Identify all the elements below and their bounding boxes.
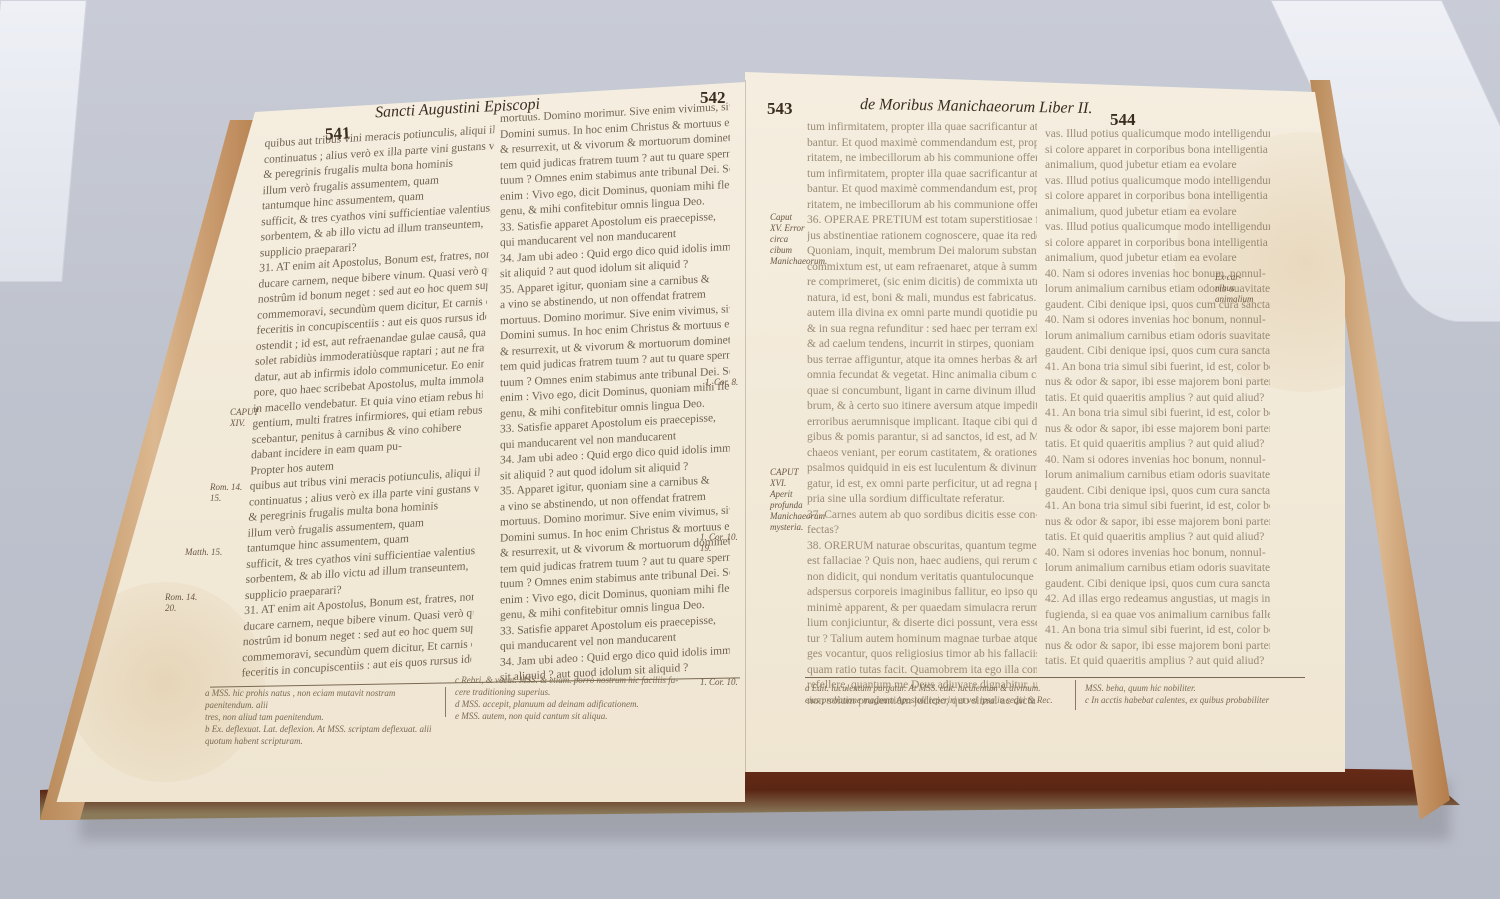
text-line: 40. Nam si odores invenias hoc bonum, no… [1045,313,1270,329]
text-line: tatis. Et quid quaeritis amplius ? aut q… [1045,654,1270,670]
footnote: e MSS. autem, non quid cantum sit aliqua… [455,710,735,722]
text-line: gaudent. Cibi denique ipsi, quos cum cur… [1045,344,1270,360]
text-line: non didicit, qui nondum veritatis quantu… [807,570,1037,586]
text-line: lium conjiciuntur, & diserte dici possun… [807,616,1037,632]
text-line: si colore apparet in corporibus bona int… [1045,143,1270,159]
footnotes-left: a MSS. hic prohis natus , non eciam muta… [205,687,445,747]
text-line: commixtum est, ut eam refraenaret, atque… [807,260,1037,276]
text-line: nus & odor & sapor, ibi esse majorem bon… [1045,639,1270,655]
text-line: 36. OPERAE PRETIUM est totam superstitio… [807,213,1037,229]
text-line: bantur. Et quod maximè commendandum est,… [807,136,1037,152]
text-line: tum infirmitatem, propter illa quae sacr… [807,120,1037,136]
text-line: gaudent. Cibi denique ipsi, quos cum cur… [1045,484,1270,500]
footnote: a Edit. luculentum purgatur. At MSS. edi… [805,682,1070,694]
margin-note: CAPUT XVI. Aperit profunda Manichaeorum … [770,467,805,533]
footnotes-left: a Edit. luculentum purgatur. At MSS. edi… [805,682,1070,706]
margin-note: Rom. 14. 15. [210,482,250,504]
text-line: nus & odor & sapor, ibi esse majorem bon… [1045,375,1270,391]
text-line: tur ? Talium autem hominum magnae turbae… [807,632,1037,648]
text-line: si colore apparet in corporibus bona int… [1045,189,1270,205]
text-column-a: tum infirmitatem, propter illa quae sacr… [807,120,1037,709]
text-line: bantur. Et quod maximè commendandum est,… [807,182,1037,198]
footnote-divider [445,687,446,717]
text-line: 41. An bona tria simul sibi fuerint, id … [1045,406,1270,422]
book-gutter [745,80,746,780]
text-line: 40. Nam si odores invenias hoc bonum, no… [1045,453,1270,469]
footnote-rule [805,677,1305,678]
text-line: gatur, id est, ex omni parte perficitur,… [807,477,1037,493]
footnote: d MSS. accepit, planuum ad deinam adific… [455,698,735,710]
footnote: c In acctis habebat calentes, ex quibus … [1085,694,1345,706]
page-number: 543 [767,99,793,119]
footnote: MSS. beha, quum hic nobiliter. [1085,682,1345,694]
right-page: de Moribus Manichaeorum Liber II. 543 54… [745,72,1345,792]
text-line: 40. Nam si odores invenias hoc bonum, no… [1045,546,1270,562]
text-line: re comprimeret, (sic enim dicitis) de co… [807,275,1037,291]
text-column-b: mortuus. Domino morimur. Sive enim vivim… [500,100,730,686]
text-line: lorum animalium carnibus etiam odoris su… [1045,468,1270,484]
text-line: vas. Illud potius qualicumque modo intel… [1045,127,1270,143]
text-line: brum, & à certo suo itinere aversum atqu… [807,399,1037,415]
text-line: autem illa divina ex omni parte mundi qu… [807,306,1037,322]
text-line: lorum animalium carnibus etiam odoris su… [1045,329,1270,345]
text-line: 41. An bona tria simul sibi fuerint, id … [1045,499,1270,515]
text-line: 42. Ad illas ergo redeamus angustias, ut… [1045,592,1270,608]
text-line: & ad caelum tendens, incurrit in stirpes… [807,337,1037,353]
text-line: tatis. Et quid quaeritis amplius ? aut q… [1045,530,1270,546]
margin-note: 1. Cor. 8. [705,377,745,388]
photo-scene: Sancti Augustini Episcopi 541 542 quibus… [0,0,1500,899]
text-line: vas. Illud potius qualicumque modo intel… [1045,220,1270,236]
text-line: gibus & pomis parantur, si ad sanctos, i… [807,430,1037,446]
display-cushion-left [0,0,87,282]
text-line: & in sua regna refunditur : sed haec per… [807,322,1037,338]
text-line: natura, id est, boni & mali, mundus est … [807,291,1037,307]
footnote: a MSS. hic prohis natus , non eciam muta… [205,687,445,711]
footnote: cere traditioning superius. [455,686,735,698]
text-line: omnia fecundat & vegetat. Hinc animalia … [807,368,1037,384]
text-line: tatis. Et quid quaeritis amplius ? aut q… [1045,391,1270,407]
text-line: animalium, quod jubetur etiam ea evolare [1045,251,1270,267]
text-line: tatis. Et quid quaeritis amplius ? aut q… [1045,437,1270,453]
text-line: fectas? [807,523,1037,539]
text-column-b: vas. Illud potius qualicumque modo intel… [1045,127,1270,670]
footnotes-right: MSS. beha, quum hic nobiliter. c In acct… [1085,682,1345,706]
text-line: 38. ORERUM naturae obscuritas, quantum t… [807,539,1037,555]
text-line: vas. Illud potius qualicumque modo intel… [1045,174,1270,190]
text-line: bus terrae affiguntur, atque ita omnes h… [807,353,1037,369]
footnote: eius probatione magnum Apostoli reperiri… [805,694,1070,706]
text-column-a: quibus aut tribus vini meracis potiuncul… [241,123,494,682]
margin-note: Ex car- nibus animalium [1215,272,1255,305]
text-line: chaeos veniant, per eorum castitatem, & … [807,446,1037,462]
margin-note: CAPUT XIV. [230,407,270,429]
running-head: de Moribus Manichaeorum Liber II. [860,96,1093,118]
text-line: psalmos quidquid in eis est luculentum &… [807,461,1037,477]
margin-note: Caput XV. Error circa cibum Manichaeorum… [770,212,805,267]
text-line: jus abstinentiae rationem cognoscere, qu… [807,229,1037,245]
text-line: minimè apparent, & per quaedam simulacra… [807,601,1037,617]
text-line: 37. Carnes autem ab quo sordibus dicitis… [807,508,1037,524]
footnote: quotum habent scripturam. [205,735,445,747]
text-line: est fallaciae ? Quis non, haec audiens, … [807,554,1037,570]
text-line: fugienda, si ea quae vos animalium carni… [1045,608,1270,624]
footnote: tres, non aliud tam paenitendum. [205,711,445,723]
margin-note: Matth. 15. [185,547,225,558]
text-line: lorum animalium carnibus etiam odoris su… [1045,561,1270,577]
text-line: pria sine ulla sordium difficultate refe… [807,492,1037,508]
footnotes-right: c Rebri, & vocat. MSS. & etiam. porrò no… [455,674,735,722]
text-line: ritatem, ne imbecillorum ab his communio… [807,198,1037,214]
text-line: nus & odor & sapor, ibi esse majorem bon… [1045,422,1270,438]
margin-note: Rom. 14. 20. [165,592,205,614]
text-line: animalium, quod jubetur etiam ea evolare [1045,158,1270,174]
footnote: b Ex. deflexuat. Lat. deflexion. At MSS.… [205,723,445,735]
text-line: nus & odor & sapor, ibi esse majorem bon… [1045,515,1270,531]
text-line: gaudent. Cibi denique ipsi, quos cum cur… [1045,577,1270,593]
text-line: erroribus aerumnisque implicant. Itaque … [807,415,1037,431]
margin-note: 1. Cor. 10. 19. [700,532,740,554]
text-line: ges vocantur, quos religiosius timor ab … [807,647,1037,663]
text-line: si colore apparet in corporibus bona int… [1045,236,1270,252]
text-line: Quoniam, inquit, membrum Dei malorum sub… [807,244,1037,260]
text-line: 41. An bona tria simul sibi fuerint, id … [1045,623,1270,639]
text-line: ritatem, ne imbecillorum ab his communio… [807,151,1037,167]
footnote-divider [1075,680,1076,710]
text-line: quae si concumbunt, ligant in carne divi… [807,384,1037,400]
text-line: 41. An bona tria simul sibi fuerint, id … [1045,360,1270,376]
text-line: adspersus corporeis imaginibus fallitur,… [807,585,1037,601]
footnote: c Rebri, & vocat. MSS. & etiam. porrò no… [455,674,735,686]
text-line: animalium, quod jubetur etiam ea evolare [1045,205,1270,221]
text-line: tum infirmitatem, propter illa quae sacr… [807,167,1037,183]
text-line: quam ratio tutas facit. Quamobrem ita eg… [807,663,1037,679]
